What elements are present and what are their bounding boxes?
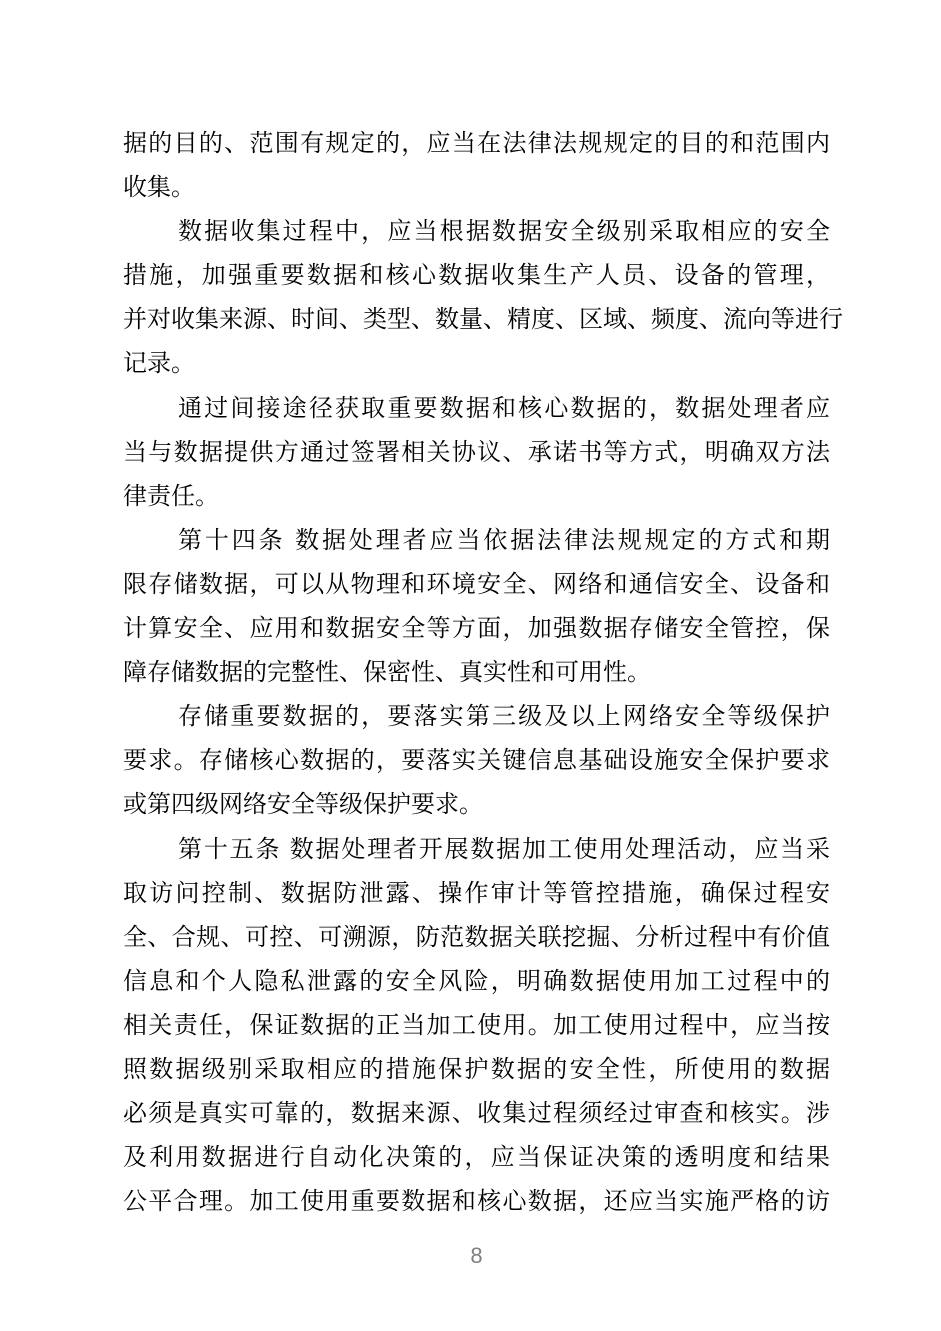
text-line: 要求。存储核心数据的，要落实关键信息基础设施安全保护要求 — [123, 739, 830, 783]
text-line: 障存储数据的完整性、保密性、真实性和可用性。 — [123, 651, 830, 695]
text-line: 计算安全、应用和数据安全等方面，加强数据存储安全管控，保 — [123, 607, 830, 651]
page-number: 8 — [123, 1242, 830, 1270]
text-line: 取访问控制、数据防泄露、操作审计等管控措施，确保过程安 — [123, 872, 830, 916]
document-body: 据的目的、范围有规定的，应当在法律法规规定的目的和范围内 收集。 数据收集过程中… — [123, 122, 830, 1224]
text-line: 或第四级网络安全等级保护要求。 — [123, 783, 830, 827]
text-line: 收集。 — [123, 166, 830, 210]
text-line: 信息和个人隐私泄露的安全风险，明确数据使用加工过程中的 — [123, 960, 830, 1004]
text-line: 记录。 — [123, 342, 830, 386]
document-page: 据的目的、范围有规定的，应当在法律法规规定的目的和范围内 收集。 数据收集过程中… — [0, 0, 941, 1331]
text-line: 律责任。 — [123, 475, 830, 519]
text-line: 第十五条 数据处理者开展数据加工使用处理活动，应当采 — [123, 828, 830, 872]
text-line: 照数据级别采取相应的措施保护数据的安全性，所使用的数据 — [123, 1048, 830, 1092]
text-line: 存储重要数据的，要落实第三级及以上网络安全等级保护 — [123, 695, 830, 739]
text-line: 并对收集来源、时间、类型、数量、精度、区域、频度、流向等进行 — [123, 298, 830, 342]
text-line: 数据收集过程中，应当根据数据安全级别采取相应的安全 — [123, 210, 830, 254]
text-line: 第十四条 数据处理者应当依据法律法规规定的方式和期 — [123, 519, 830, 563]
text-line: 及利用数据进行自动化决策的，应当保证决策的透明度和结果 — [123, 1136, 830, 1180]
text-line: 相关责任，保证数据的正当加工使用。加工使用过程中，应当按 — [123, 1004, 830, 1048]
text-line: 通过间接途径获取重要数据和核心数据的，数据处理者应 — [123, 387, 830, 431]
text-line: 当与数据提供方通过签署相关协议、承诺书等方式，明确双方法 — [123, 431, 830, 475]
text-line: 措施，加强重要数据和核心数据收集生产人员、设备的管理， — [123, 254, 830, 298]
text-line: 公平合理。加工使用重要数据和核心数据，还应当实施严格的访 — [123, 1180, 830, 1224]
text-line: 必须是真实可靠的，数据来源、收集过程须经过审查和核实。涉 — [123, 1092, 830, 1136]
text-line: 限存储数据，可以从物理和环境安全、网络和通信安全、设备和 — [123, 563, 830, 607]
text-line: 据的目的、范围有规定的，应当在法律法规规定的目的和范围内 — [123, 122, 830, 166]
text-line: 全、合规、可控、可溯源，防范数据关联挖掘、分析过程中有价值 — [123, 916, 830, 960]
